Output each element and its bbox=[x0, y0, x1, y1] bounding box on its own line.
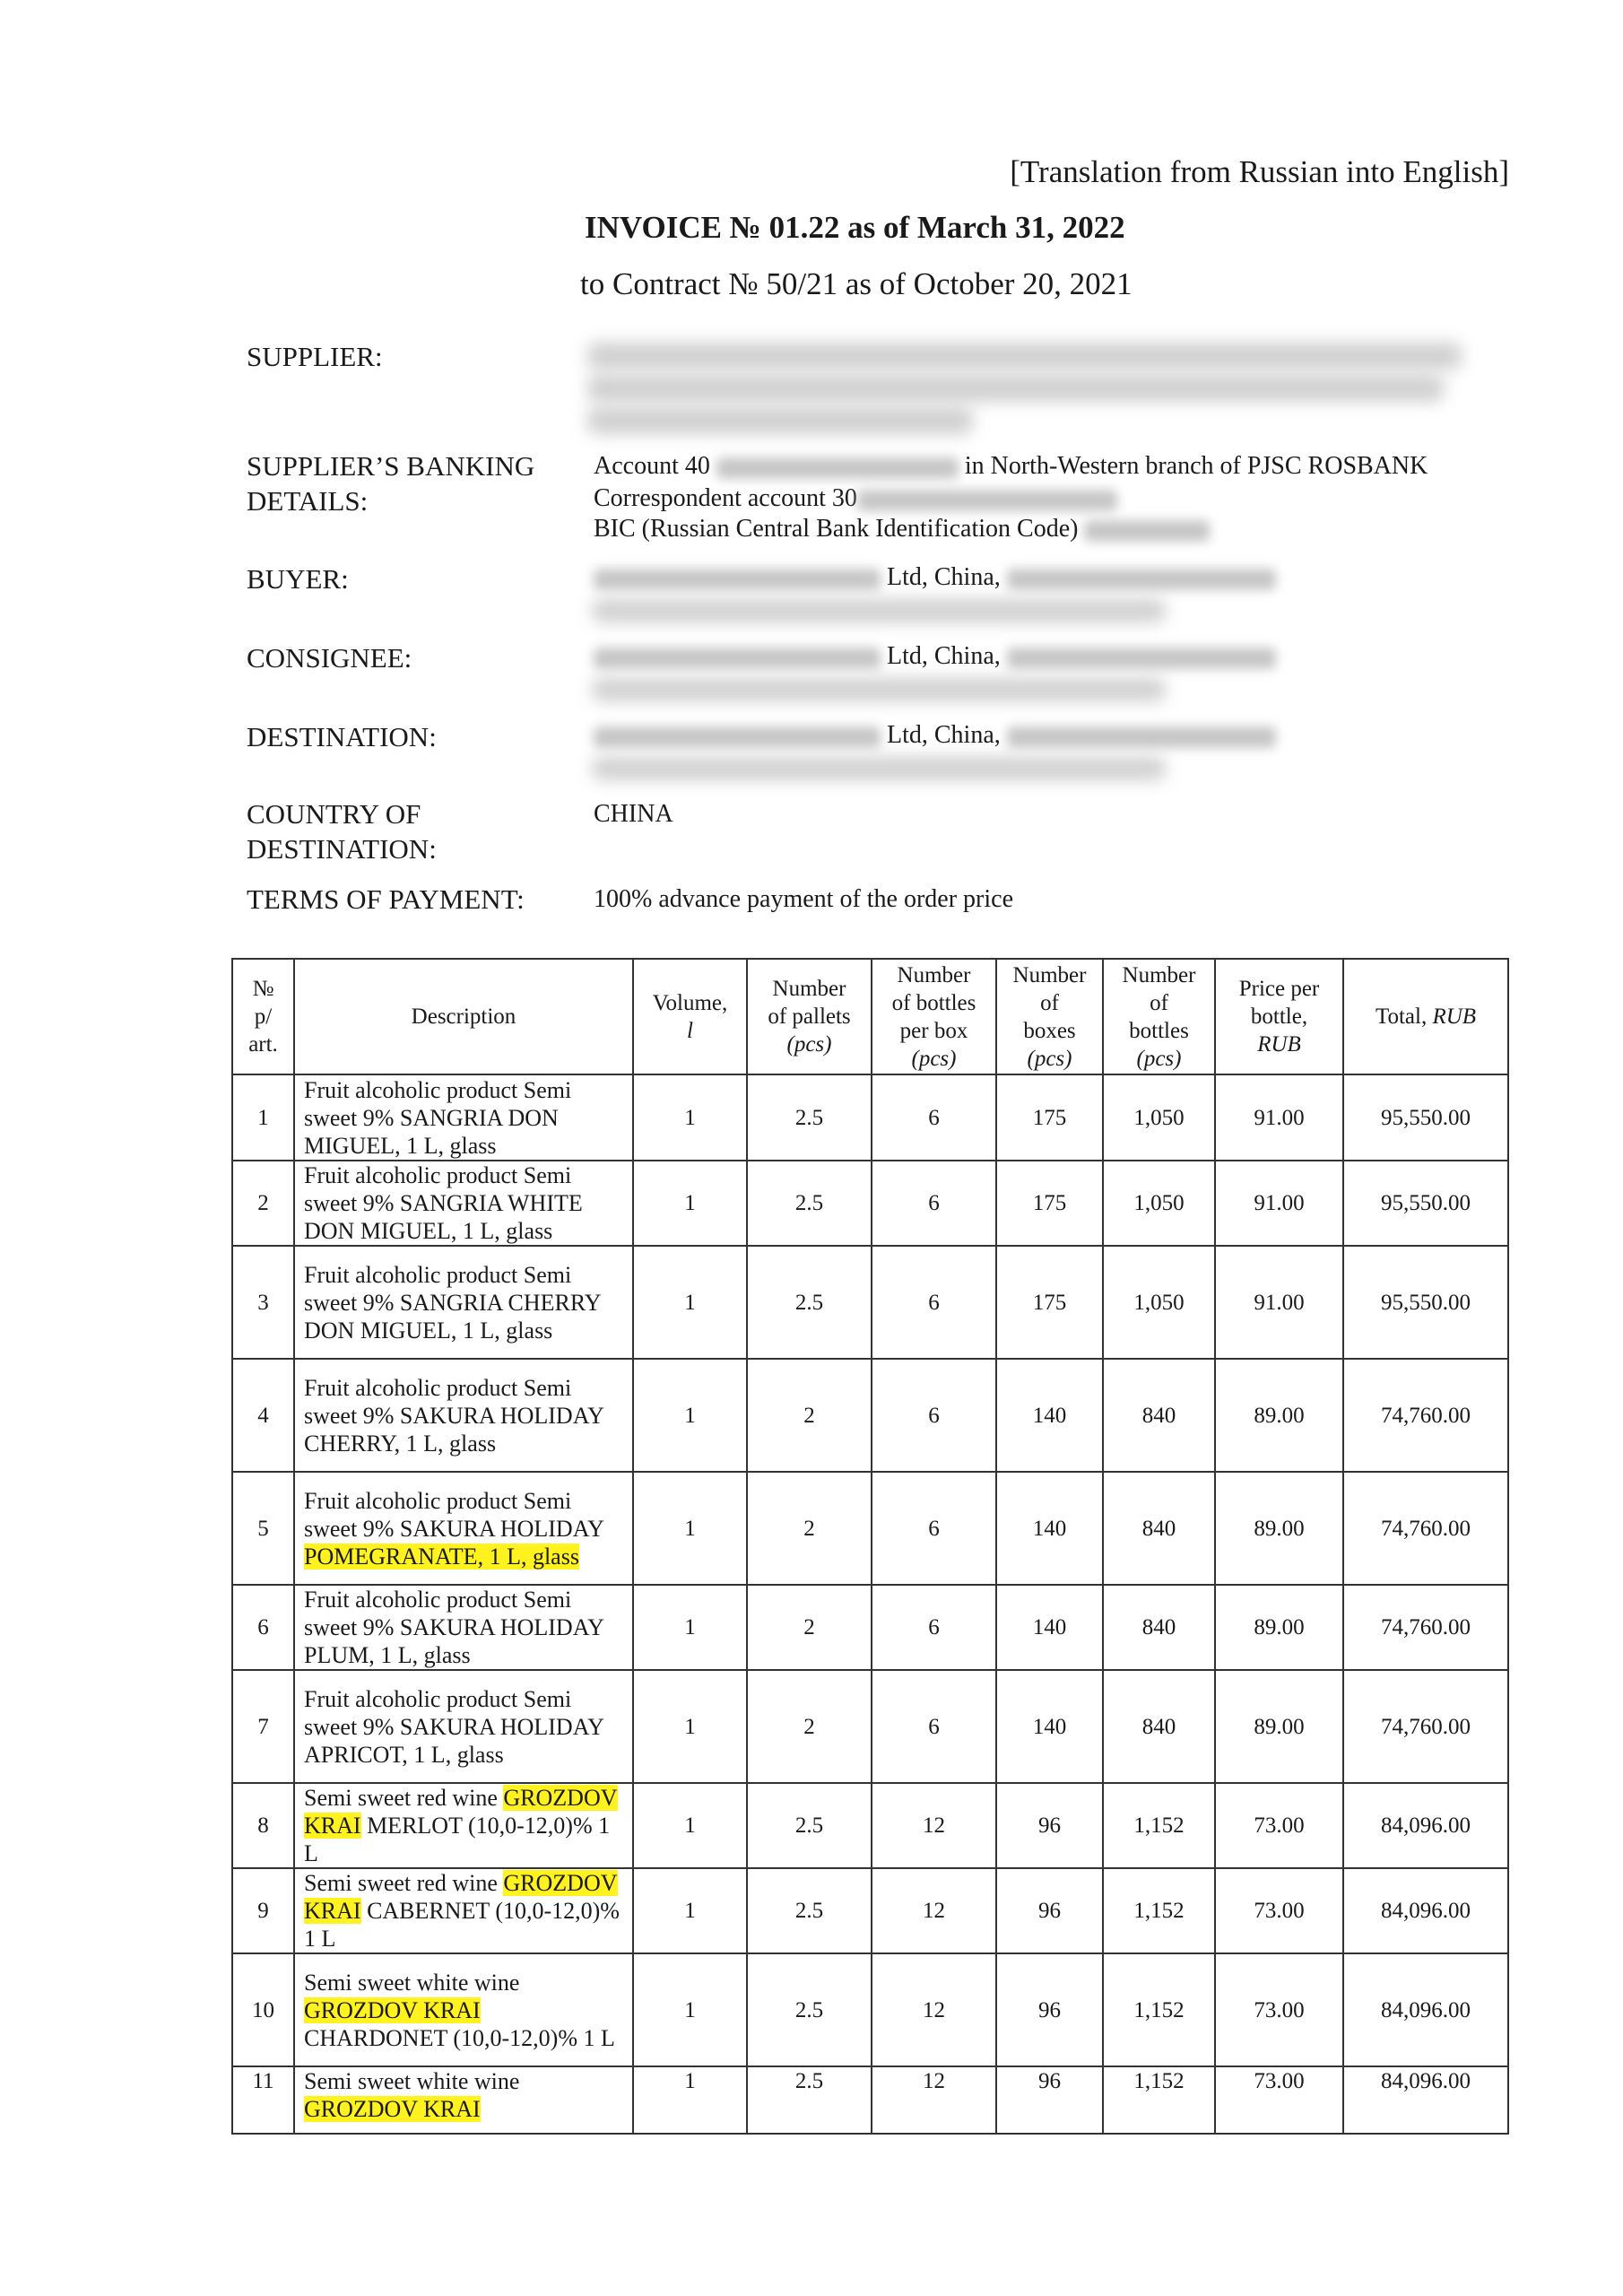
country-label-line-2: DESTINATION: bbox=[247, 831, 437, 866]
row-total: 84,096.00 bbox=[1343, 1783, 1508, 1868]
consignee-redacted-line-2 bbox=[592, 678, 1166, 701]
row-description: Semi sweet red wine GROZDOV KRAI MERLOT … bbox=[294, 1783, 633, 1868]
row-number: 8 bbox=[232, 1783, 294, 1868]
row-number: 5 bbox=[232, 1472, 294, 1585]
table-row: 1Fruit alcoholic product Semi sweet 9% S… bbox=[232, 1074, 1508, 1161]
highlighted-text: GROZDOV KRAI bbox=[304, 2096, 481, 2122]
header-no: №p/art. bbox=[232, 959, 294, 1074]
correspondent-redacted bbox=[857, 490, 1117, 511]
row-bottles-per-box: 12 bbox=[872, 1868, 996, 1953]
row-pallets: 2.5 bbox=[747, 1246, 872, 1359]
buyer-redacted-b bbox=[1007, 569, 1276, 590]
buyer-label: BUYER: bbox=[247, 561, 349, 596]
description-text: Fruit alcoholic product Semi sweet 9% SA… bbox=[304, 1375, 603, 1457]
row-number: 11 bbox=[232, 2066, 294, 2134]
row-boxes: 175 bbox=[996, 1161, 1103, 1246]
row-boxes: 140 bbox=[996, 1670, 1103, 1783]
destination-redacted-b bbox=[1007, 726, 1276, 748]
row-description: Semi sweet white wine GROZDOV KRAI CHARD… bbox=[294, 1953, 633, 2066]
buyer-value: Ltd, China, bbox=[594, 561, 1276, 593]
country-label-line-1: COUNTRY OF bbox=[247, 796, 421, 831]
row-description: Fruit alcoholic product Semi sweet 9% SA… bbox=[294, 1161, 633, 1246]
row-boxes: 140 bbox=[996, 1585, 1103, 1670]
row-bottles: 1,152 bbox=[1103, 1783, 1215, 1868]
row-boxes: 96 bbox=[996, 1868, 1103, 1953]
buyer-redacted-line-2 bbox=[592, 599, 1166, 622]
row-bottles: 840 bbox=[1103, 1585, 1215, 1670]
row-price: 91.00 bbox=[1215, 1246, 1343, 1359]
row-pallets: 2 bbox=[747, 1670, 872, 1783]
invoice-title: INVOICE № 01.22 as of March 31, 2022 bbox=[585, 210, 1125, 246]
description-text: Semi sweet red wine bbox=[304, 1785, 503, 1811]
consignee-redacted-a bbox=[594, 648, 881, 669]
correspondent-prefix: Correspondent account 30 bbox=[594, 484, 857, 512]
supplier-label: SUPPLIER: bbox=[247, 339, 383, 374]
row-price: 89.00 bbox=[1215, 1359, 1343, 1472]
row-pallets: 2.5 bbox=[747, 1074, 872, 1161]
row-price: 91.00 bbox=[1215, 1161, 1343, 1246]
row-total: 74,760.00 bbox=[1343, 1585, 1508, 1670]
table-row: 2Fruit alcoholic product Semi sweet 9% S… bbox=[232, 1161, 1508, 1246]
row-volume: 1 bbox=[633, 1246, 747, 1359]
row-total: 74,760.00 bbox=[1343, 1670, 1508, 1783]
row-bottles-per-box: 6 bbox=[872, 1246, 996, 1359]
row-bottles: 1,050 bbox=[1103, 1246, 1215, 1359]
table-row: 4Fruit alcoholic product Semi sweet 9% S… bbox=[232, 1359, 1508, 1472]
terms-label: TERMS OF PAYMENT: bbox=[247, 882, 525, 917]
row-number: 4 bbox=[232, 1359, 294, 1472]
destination-redacted-line-2 bbox=[592, 757, 1166, 780]
header-pallets: Numberof pallets(pcs) bbox=[747, 959, 872, 1074]
correspondent-line: Correspondent account 30 bbox=[594, 483, 1117, 514]
header-volume: Volume,l bbox=[633, 959, 747, 1074]
row-number: 6 bbox=[232, 1585, 294, 1670]
row-number: 2 bbox=[232, 1161, 294, 1246]
row-boxes: 140 bbox=[996, 1359, 1103, 1472]
country-value: CHINA bbox=[594, 798, 673, 830]
row-total: 74,760.00 bbox=[1343, 1359, 1508, 1472]
row-description: Fruit alcoholic product Semi sweet 9% SA… bbox=[294, 1074, 633, 1161]
description-text: Fruit alcoholic product Semi sweet 9% SA… bbox=[304, 1162, 583, 1244]
table-row: 11Semi sweet white wine GROZDOV KRAI12.5… bbox=[232, 2066, 1508, 2134]
row-number: 1 bbox=[232, 1074, 294, 1161]
consignee-value: Ltd, China, bbox=[594, 640, 1276, 672]
highlighted-text: GROZDOV KRAI bbox=[304, 1997, 481, 2023]
row-bottles: 1,152 bbox=[1103, 1953, 1215, 2066]
row-description: Fruit alcoholic product Semi sweet 9% SA… bbox=[294, 1359, 633, 1472]
row-volume: 1 bbox=[633, 1670, 747, 1783]
row-price: 73.00 bbox=[1215, 1953, 1343, 2066]
row-pallets: 2.5 bbox=[747, 1161, 872, 1246]
destination-value: Ltd, China, bbox=[594, 719, 1276, 751]
destination-redacted-a bbox=[594, 726, 881, 748]
account-prefix: Account 40 bbox=[594, 452, 710, 480]
header-bottles: Numberofbottles(pcs) bbox=[1103, 959, 1215, 1074]
destination-label: DESTINATION: bbox=[247, 719, 437, 754]
table-row: 9Semi sweet red wine GROZDOV KRAI CABERN… bbox=[232, 1868, 1508, 1953]
row-total: 95,550.00 bbox=[1343, 1074, 1508, 1161]
row-number: 3 bbox=[232, 1246, 294, 1359]
row-bottles-per-box: 12 bbox=[872, 1783, 996, 1868]
row-price: 89.00 bbox=[1215, 1585, 1343, 1670]
row-volume: 1 bbox=[633, 1585, 747, 1670]
table-row: 7Fruit alcoholic product Semi sweet 9% S… bbox=[232, 1670, 1508, 1783]
row-total: 95,550.00 bbox=[1343, 1161, 1508, 1246]
bic-label: BIC (Russian Central Bank Identification… bbox=[594, 515, 1078, 543]
table-row: 3Fruit alcoholic product Semi sweet 9% S… bbox=[232, 1246, 1508, 1359]
row-boxes: 96 bbox=[996, 1953, 1103, 2066]
row-volume: 1 bbox=[633, 1161, 747, 1246]
row-bottles: 1,050 bbox=[1103, 1161, 1215, 1246]
row-boxes: 140 bbox=[996, 1472, 1103, 1585]
contract-reference: to Contract № 50/21 as of October 20, 20… bbox=[580, 266, 1133, 302]
row-boxes: 175 bbox=[996, 1074, 1103, 1161]
row-volume: 1 bbox=[633, 1868, 747, 1953]
row-description: Semi sweet white wine GROZDOV KRAI bbox=[294, 2066, 633, 2134]
row-volume: 1 bbox=[633, 1783, 747, 1868]
translation-note: [Translation from Russian into English] bbox=[1010, 154, 1509, 190]
row-volume: 1 bbox=[633, 1359, 747, 1472]
row-bottles: 1,050 bbox=[1103, 1074, 1215, 1161]
bic-redacted bbox=[1084, 520, 1210, 542]
row-total: 84,096.00 bbox=[1343, 1868, 1508, 1953]
row-volume: 1 bbox=[633, 1472, 747, 1585]
row-price: 73.00 bbox=[1215, 2066, 1343, 2134]
row-number: 10 bbox=[232, 1953, 294, 2066]
destination-visible: Ltd, China, bbox=[887, 721, 1001, 749]
table-header-row: №p/art. Description Volume,l Numberof pa… bbox=[232, 959, 1508, 1074]
row-number: 7 bbox=[232, 1670, 294, 1783]
description-text: Semi sweet white wine bbox=[304, 2068, 519, 2094]
row-boxes: 96 bbox=[996, 1783, 1103, 1868]
header-total: Total, RUB bbox=[1343, 959, 1508, 1074]
row-bottles-per-box: 6 bbox=[872, 1670, 996, 1783]
terms-value: 100% advance payment of the order price bbox=[594, 883, 1013, 915]
description-text: Fruit alcoholic product Semi sweet 9% SA… bbox=[304, 1262, 601, 1344]
header-bottles-per-box: Numberof bottlesper box(pcs) bbox=[872, 959, 996, 1074]
row-total: 74,760.00 bbox=[1343, 1472, 1508, 1585]
description-text: Fruit alcoholic product Semi sweet 9% SA… bbox=[304, 1686, 603, 1768]
row-bottles: 840 bbox=[1103, 1359, 1215, 1472]
row-pallets: 2 bbox=[747, 1359, 872, 1472]
row-total: 84,096.00 bbox=[1343, 2066, 1508, 2134]
row-description: Fruit alcoholic product Semi sweet 9% SA… bbox=[294, 1670, 633, 1783]
row-number: 9 bbox=[232, 1868, 294, 1953]
row-bottles-per-box: 6 bbox=[872, 1472, 996, 1585]
row-description: Fruit alcoholic product Semi sweet 9% SA… bbox=[294, 1246, 633, 1359]
account-redacted bbox=[716, 457, 959, 479]
row-description: Fruit alcoholic product Semi sweet 9% SA… bbox=[294, 1472, 633, 1585]
description-text: Fruit alcoholic product Semi sweet 9% SA… bbox=[304, 1488, 603, 1542]
row-pallets: 2.5 bbox=[747, 1953, 872, 2066]
row-price: 91.00 bbox=[1215, 1074, 1343, 1161]
row-bottles-per-box: 6 bbox=[872, 1359, 996, 1472]
highlighted-text: POMEGRANATE, 1 L, glass bbox=[304, 1544, 579, 1570]
row-price: 73.00 bbox=[1215, 1868, 1343, 1953]
account-bank: in North-Western branch of PJSC ROSBANK bbox=[965, 452, 1428, 480]
row-boxes: 175 bbox=[996, 1246, 1103, 1359]
table-row: 5Fruit alcoholic product Semi sweet 9% S… bbox=[232, 1472, 1508, 1585]
row-pallets: 2 bbox=[747, 1472, 872, 1585]
row-bottles: 840 bbox=[1103, 1670, 1215, 1783]
buyer-visible: Ltd, China, bbox=[887, 563, 1001, 591]
row-description: Fruit alcoholic product Semi sweet 9% SA… bbox=[294, 1585, 633, 1670]
account-line: Account 40 in North-Western branch of PJ… bbox=[594, 450, 1428, 482]
header-price: Price perbottle,RUB bbox=[1215, 959, 1343, 1074]
consignee-label: CONSIGNEE: bbox=[247, 640, 412, 675]
row-bottles: 1,152 bbox=[1103, 1868, 1215, 1953]
row-bottles-per-box: 6 bbox=[872, 1161, 996, 1246]
row-volume: 1 bbox=[633, 1074, 747, 1161]
row-total: 95,550.00 bbox=[1343, 1246, 1508, 1359]
consignee-redacted-b bbox=[1007, 648, 1276, 669]
supplier-redacted-line-3 bbox=[587, 407, 973, 434]
supplier-redacted-line-2 bbox=[587, 375, 1444, 402]
row-bottles: 840 bbox=[1103, 1472, 1215, 1585]
row-pallets: 2 bbox=[747, 1585, 872, 1670]
row-price: 89.00 bbox=[1215, 1472, 1343, 1585]
buyer-redacted-a bbox=[594, 569, 881, 590]
row-boxes: 96 bbox=[996, 2066, 1103, 2134]
row-price: 73.00 bbox=[1215, 1783, 1343, 1868]
table-row: 6Fruit alcoholic product Semi sweet 9% S… bbox=[232, 1585, 1508, 1670]
description-text: Fruit alcoholic product Semi sweet 9% SA… bbox=[304, 1077, 571, 1159]
header-description: Description bbox=[294, 959, 633, 1074]
banking-label-line-1: SUPPLIER’S BANKING bbox=[247, 448, 534, 483]
description-text: Semi sweet white wine bbox=[304, 1970, 519, 1996]
row-bottles-per-box: 6 bbox=[872, 1074, 996, 1161]
row-bottles-per-box: 6 bbox=[872, 1585, 996, 1670]
row-total: 84,096.00 bbox=[1343, 1953, 1508, 2066]
row-volume: 1 bbox=[633, 2066, 747, 2134]
table-row: 10Semi sweet white wine GROZDOV KRAI CHA… bbox=[232, 1953, 1508, 2066]
items-table: №p/art. Description Volume,l Numberof pa… bbox=[231, 958, 1509, 2135]
row-price: 89.00 bbox=[1215, 1670, 1343, 1783]
banking-label-line-2: DETAILS: bbox=[247, 483, 368, 518]
supplier-redacted-line-1 bbox=[587, 343, 1462, 370]
description-text: CHARDONET (10,0-12,0)% 1 L bbox=[304, 2025, 615, 2051]
row-bottles-per-box: 12 bbox=[872, 2066, 996, 2134]
description-text: Semi sweet red wine bbox=[304, 1870, 503, 1896]
row-pallets: 2.5 bbox=[747, 1783, 872, 1868]
row-pallets: 2.5 bbox=[747, 1868, 872, 1953]
row-bottles-per-box: 12 bbox=[872, 1953, 996, 2066]
row-bottles: 1,152 bbox=[1103, 2066, 1215, 2134]
description-text: Fruit alcoholic product Semi sweet 9% SA… bbox=[304, 1587, 603, 1668]
row-pallets: 2.5 bbox=[747, 2066, 872, 2134]
table-row: 8Semi sweet red wine GROZDOV KRAI MERLOT… bbox=[232, 1783, 1508, 1868]
row-description: Semi sweet red wine GROZDOV KRAI CABERNE… bbox=[294, 1868, 633, 1953]
consignee-visible: Ltd, China, bbox=[887, 642, 1001, 670]
bic-line: BIC (Russian Central Bank Identification… bbox=[594, 513, 1210, 544]
row-volume: 1 bbox=[633, 1953, 747, 2066]
header-boxes: Numberofboxes(pcs) bbox=[996, 959, 1103, 1074]
